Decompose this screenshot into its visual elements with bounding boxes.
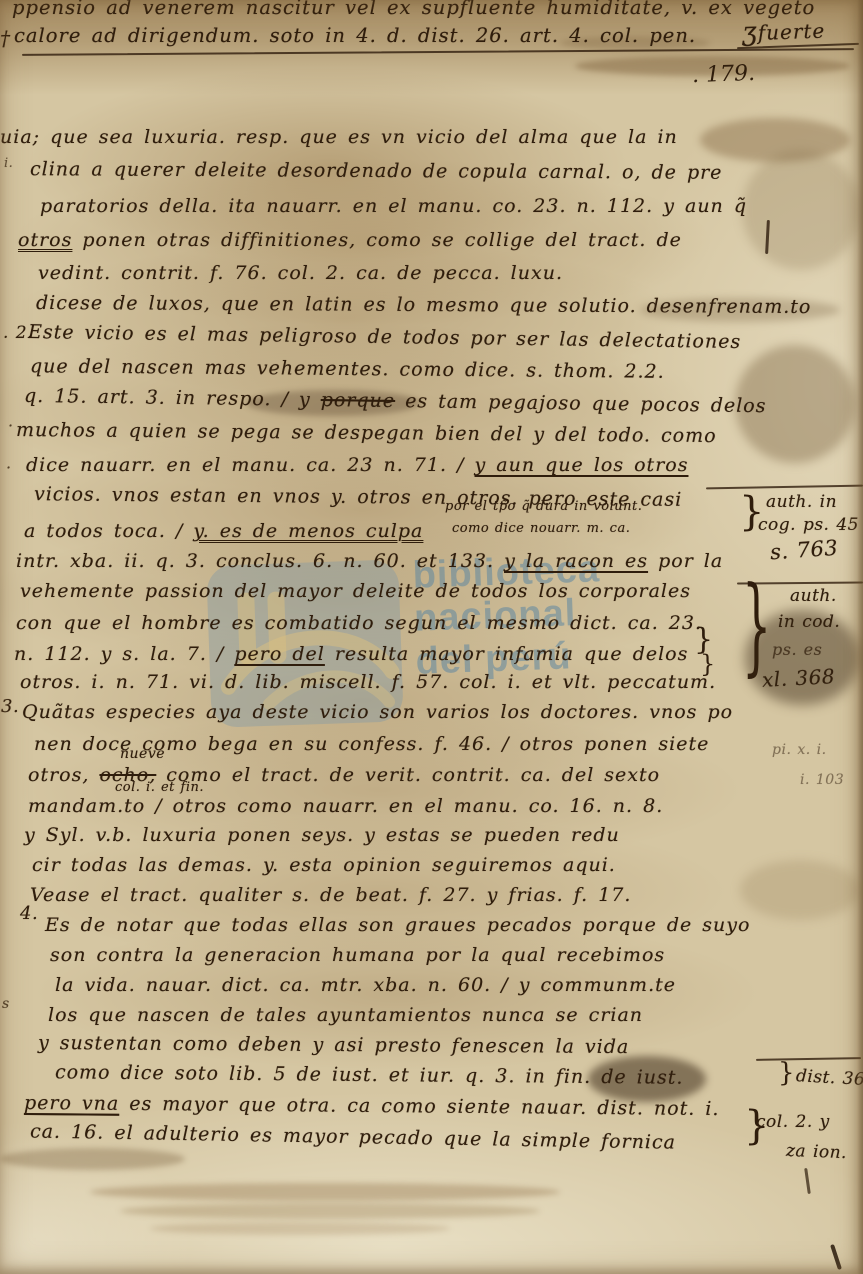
line-marked-text: y aun que los otros (475, 454, 689, 476)
line-marked-text: y la racon es (504, 550, 648, 572)
line-text: dice nauarr. en el manu. ca. 23 n. 71. / (26, 454, 475, 476)
paragraph-number: · (6, 458, 12, 477)
line-marked-text: porque (321, 389, 396, 412)
line-text: muchos a quien se pega se despegan bien … (16, 419, 717, 447)
line-text: mandam.to / otros como nauarr. en el man… (28, 795, 663, 817)
manuscript-line: son contra la generacion humana por la q… (50, 944, 665, 966)
margin-note: s. 763 (769, 536, 839, 565)
line-text: clina a querer deleite desordenado de co… (30, 158, 723, 184)
margin-note: pi. x. i. (772, 742, 827, 758)
interlinear-note: por el tp̃o q̃ dura in volunt. (445, 499, 642, 514)
folio-number: . 179. (692, 61, 756, 88)
annotation-flourish: ʒ (742, 17, 759, 48)
manuscript-line: paratorios della. ita nauarr. en el manu… (40, 195, 747, 217)
manuscript-line: que del nascen mas vehementes. como dice… (30, 355, 665, 383)
paragraph-number: 4. (20, 903, 38, 924)
ink-blot (588, 1056, 706, 1102)
line-marked-text: pero del (234, 643, 324, 665)
ink-stroke (830, 1244, 842, 1270)
page-edge-shadow (857, 0, 863, 1274)
manuscript-line: ca. 16. el adulterio es mayor pecado que… (30, 1120, 676, 1153)
paragraph-number: s (2, 996, 10, 1012)
header-line-2: calore ad dirigendum. soto in 4. d. dist… (14, 24, 696, 47)
line-text: es tam pegajoso que pocos delos (395, 390, 767, 417)
margin-brace: } (744, 1106, 769, 1146)
manuscript-line: mandam.to / otros como nauarr. en el man… (28, 795, 663, 817)
margin-note: cog. ps. 45 (758, 515, 859, 535)
line-text: intr. xba. ii. q. 3. conclus. 6. n. 60. … (16, 550, 504, 572)
manuscript-line: Este vicio es el mas peligroso de todos … (28, 321, 741, 353)
header-dagger-mark: † (0, 26, 11, 50)
manuscript-line: a todos toca. / y. es de menos culpa (24, 520, 423, 542)
line-text: Vease el tract. qualiter s. de beat. f. … (30, 884, 631, 906)
manuscript-line: otros. i. n. 71. vi. d. lib. miscell. f.… (20, 671, 716, 693)
line-text: q. 15. art. 3. in respo. / y (24, 385, 321, 411)
manuscript-line: Vease el tract. qualiter s. de beat. f. … (30, 884, 631, 906)
margin-note: i. 103 (800, 772, 844, 788)
line-text: otros, (28, 764, 99, 786)
line-text: por la (648, 550, 723, 572)
manuscript-line: q. 15. art. 3. in respo. / y porque es t… (24, 385, 767, 417)
manuscript-line: y sustentan como deben y asi presto fene… (38, 1032, 629, 1058)
line-text: resulta mayor infamia que delos (325, 643, 689, 665)
line-text: los que nascen de tales ayuntamientos nu… (48, 1004, 643, 1026)
line-text: vedint. contrit. f. 76. col. 2. ca. de p… (38, 262, 563, 284)
manuscript-line: vehemente passion del mayor deleite de t… (20, 580, 691, 602)
paragraph-number: i. (4, 156, 13, 171)
line-text: cir todas las demas. y. esta opinion seg… (32, 854, 616, 876)
line-text: la vida. nauar. dict. ca. mtr. xba. n. 6… (55, 974, 676, 996)
manuscript-line: uia; que sea luxuria. resp. que es vn vi… (0, 126, 678, 148)
ink-rule-line (706, 485, 863, 490)
line-text: Quãtas especies aya deste vicio son vari… (22, 701, 733, 723)
ink-blot (745, 610, 860, 705)
annotation-text: fuerte (757, 19, 825, 45)
line-text: otros. i. n. 71. vi. d. lib. miscell. f.… (20, 671, 716, 693)
manuscript-line: clina a querer deleite desordenado de co… (30, 158, 723, 184)
line-text: n. 112. y s. la. 7. / (14, 643, 234, 665)
interlinear-note: nueve (120, 746, 165, 762)
line-text: paratorios della. ita nauarr. en el manu… (40, 195, 747, 217)
line-text: Este vicio es el mas peligroso de todos … (28, 321, 741, 353)
line-marked-text: y. es de menos culpa (193, 520, 423, 542)
header-line-1: ppensio ad venerem nascitur vel ex supfl… (12, 0, 815, 19)
ink-rule-line (756, 1057, 861, 1061)
line-text: Es de notar que todas ellas son graues p… (45, 914, 750, 936)
line-text: ca. 16. el adulterio es mayor pecado que… (30, 1120, 676, 1153)
margin-brace: } (778, 1060, 795, 1086)
manuscript-line: vedint. contrit. f. 76. col. 2. ca. de p… (38, 262, 563, 284)
ink-stroke (765, 220, 770, 254)
manuscript-line: la vida. nauar. dict. ca. mtr. xba. n. 6… (55, 974, 676, 996)
ink-layer: ppensio ad venerem nascitur vel ex supfl… (0, 0, 863, 1274)
interlinear-note: col. i. et fin. (115, 780, 204, 795)
paragraph-number: · (8, 416, 14, 435)
line-text: y Syl. v.b. luxuria ponen seys. y estas … (24, 824, 620, 846)
manuscript-line: n. 112. y s. la. 7. / pero del resulta m… (14, 643, 688, 665)
ink-rule-line (737, 581, 863, 584)
line-text: y sustentan como deben y asi presto fene… (38, 1032, 629, 1058)
manuscript-line: dice nauarr. en el manu. ca. 23 n. 71. /… (26, 454, 688, 476)
margin-brace: } (739, 492, 764, 532)
ink-stroke (804, 1168, 811, 1194)
margin-note: auth. in (766, 492, 837, 512)
manuscript-line: Es de notar que todas ellas son graues p… (45, 914, 750, 936)
manuscript-page: biblioteca nacional del perú ppensio ad … (0, 0, 863, 1274)
ink-rule-line (22, 48, 854, 56)
line-text: son contra la generacion humana por la q… (50, 944, 665, 966)
line-text: ponen otras diffinitiones, como se colli… (72, 229, 682, 251)
line-text: con que el hombre es combatido segun el … (16, 612, 702, 634)
margin-note: auth. (790, 586, 837, 606)
line-text: a todos toca. / (24, 520, 193, 542)
margin-brace: } (700, 652, 715, 676)
manuscript-line: dicese de luxos, que en latin es lo mesm… (36, 292, 811, 318)
interlinear-note: como dice nouarr. m. ca. (452, 521, 630, 536)
manuscript-line: y Syl. v.b. luxuria ponen seys. y estas … (24, 824, 620, 846)
manuscript-line: con que el hombre es combatido segun el … (16, 612, 702, 634)
manuscript-line: otros ponen otras diffinitiones, como se… (18, 229, 682, 251)
line-marked-text: otros (18, 229, 72, 251)
line-marked-text: pero vna (24, 1092, 119, 1115)
corner-annotation: ʒfuerte (742, 15, 826, 48)
manuscript-line: muchos a quien se pega se despegan bien … (16, 419, 717, 447)
margin-note: za ion. (786, 1141, 848, 1163)
line-text: como el tract. de verit. contrit. ca. de… (156, 764, 660, 786)
manuscript-line: los que nascen de tales ayuntamientos nu… (48, 1004, 643, 1026)
manuscript-line: Quãtas especies aya deste vicio son vari… (22, 701, 733, 723)
paragraph-number: 3. (1, 696, 19, 717)
line-text: uia; que sea luxuria. resp. que es vn vi… (0, 126, 678, 148)
manuscript-line: cir todas las demas. y. esta opinion seg… (32, 854, 616, 876)
line-text: vehemente passion del mayor deleite de t… (20, 580, 691, 602)
paragraph-number: . 2. (3, 323, 33, 343)
manuscript-line: intr. xba. ii. q. 3. conclus. 6. n. 60. … (16, 550, 723, 572)
line-text: que del nascen mas vehementes. como dice… (30, 355, 665, 383)
line-text: dicese de luxos, que en latin es lo mesm… (36, 292, 811, 318)
margin-note: dist. 36 (796, 1066, 863, 1090)
